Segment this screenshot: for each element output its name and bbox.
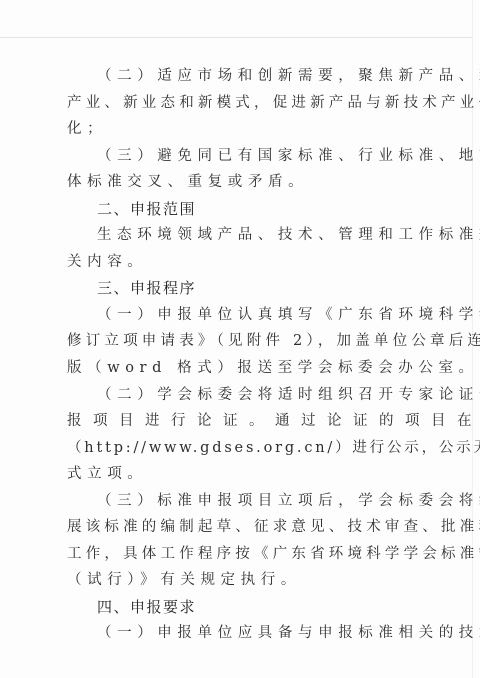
paragraph-line: 报项目进行论证。通过论证的项目在学会网站 [67, 408, 407, 435]
section-heading-requirements: 四、申报要求 [67, 594, 407, 621]
document-page: （二）适应市场和创新需要，聚焦新产品、新技术、新 产业、新业态和新模式，促进新产… [0, 0, 480, 678]
paragraph-line: 关内容。 [67, 249, 407, 276]
website-link-line: （http://www.gdses.org.cn/）进行公示，公示无异议后正 [67, 435, 407, 462]
paragraph-line: （一）申报单位认真填写《广东省环境科学学会标准制 [67, 302, 407, 329]
paragraph-line: （三）标准申报项目立项后，学会标委会将统一组织开 [67, 488, 407, 515]
paragraph-line: 工作，具体工作程序按《广东省环境科学学会标准管理办法 [67, 541, 407, 568]
paragraph-line: （三）避免同已有国家标准、行业标准、地方标准或团 [67, 143, 407, 170]
paragraph-line: （试行）》有关规定执行。 [67, 567, 407, 594]
paragraph-line: 版（word 格式）报送至学会标委会办公室。 [67, 355, 407, 382]
paragraph-line: （二）适应市场和创新需要，聚焦新产品、新技术、新 [67, 63, 407, 90]
section-heading-procedure: 三、申报程序 [67, 275, 407, 302]
section-heading-scope: 二、申报范围 [67, 196, 407, 223]
paragraph-line: 式立项。 [67, 461, 407, 488]
paragraph-line: 展该标准的编制起草、征求意见、技术审查、批准和发布等 [67, 514, 407, 541]
paragraph-line: 体标准交叉、重复或矛盾。 [67, 169, 407, 196]
header-rule [0, 37, 472, 38]
document-body: （二）适应市场和创新需要，聚焦新产品、新技术、新 产业、新业态和新模式，促进新产… [67, 63, 407, 647]
paragraph-line: 化； [67, 116, 407, 143]
paragraph-line: （一）申报单位应具备与申报标准相关的技术基础和研 [67, 620, 407, 647]
paragraph-line: 生态环境领域产品、技术、管理和工作标准规范及其相 [67, 222, 407, 249]
paragraph-line: 修订立项申请表》（见附件 2），加盖单位公章后连同电子 [67, 328, 407, 355]
paragraph-line: （二）学会标委会将适时组织召开专家论证会对标准申 [67, 382, 407, 409]
paragraph-line: 产业、新业态和新模式，促进新产品与新技术产业化、市场 [67, 90, 407, 117]
